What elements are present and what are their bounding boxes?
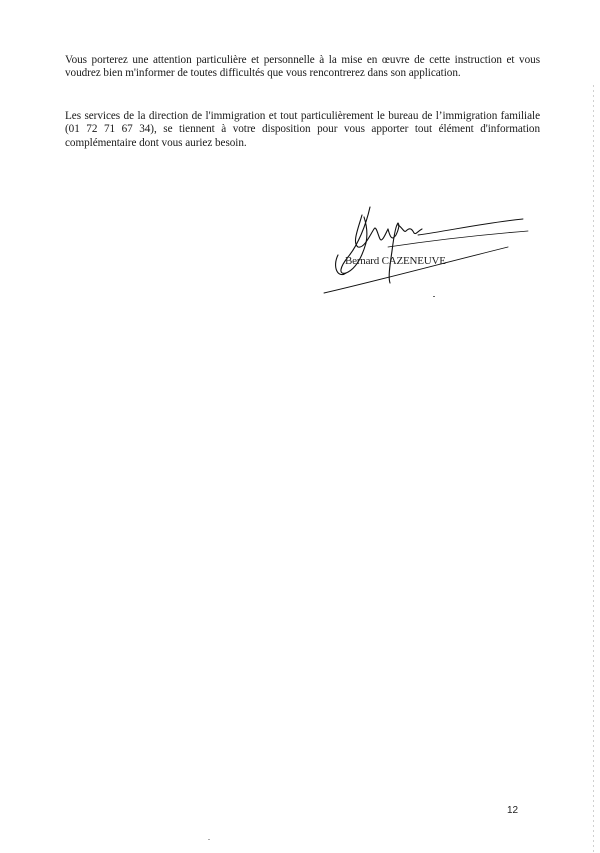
signer-name: Bernard CAZENEUVE (345, 255, 446, 267)
handwritten-signature-icon (318, 195, 538, 305)
page-number: 12 (507, 805, 518, 816)
paragraph-instruction: Vous porterez une attention particulière… (65, 54, 540, 80)
document-page: Vous porterez une attention particulière… (0, 0, 600, 853)
scan-speck (208, 839, 210, 840)
scan-speck (433, 296, 435, 297)
paragraph-contact: Les services de la direction de l'immigr… (65, 110, 540, 150)
scan-edge-line (593, 85, 594, 853)
signature-block: Bernard CAZENEUVE (318, 195, 538, 305)
